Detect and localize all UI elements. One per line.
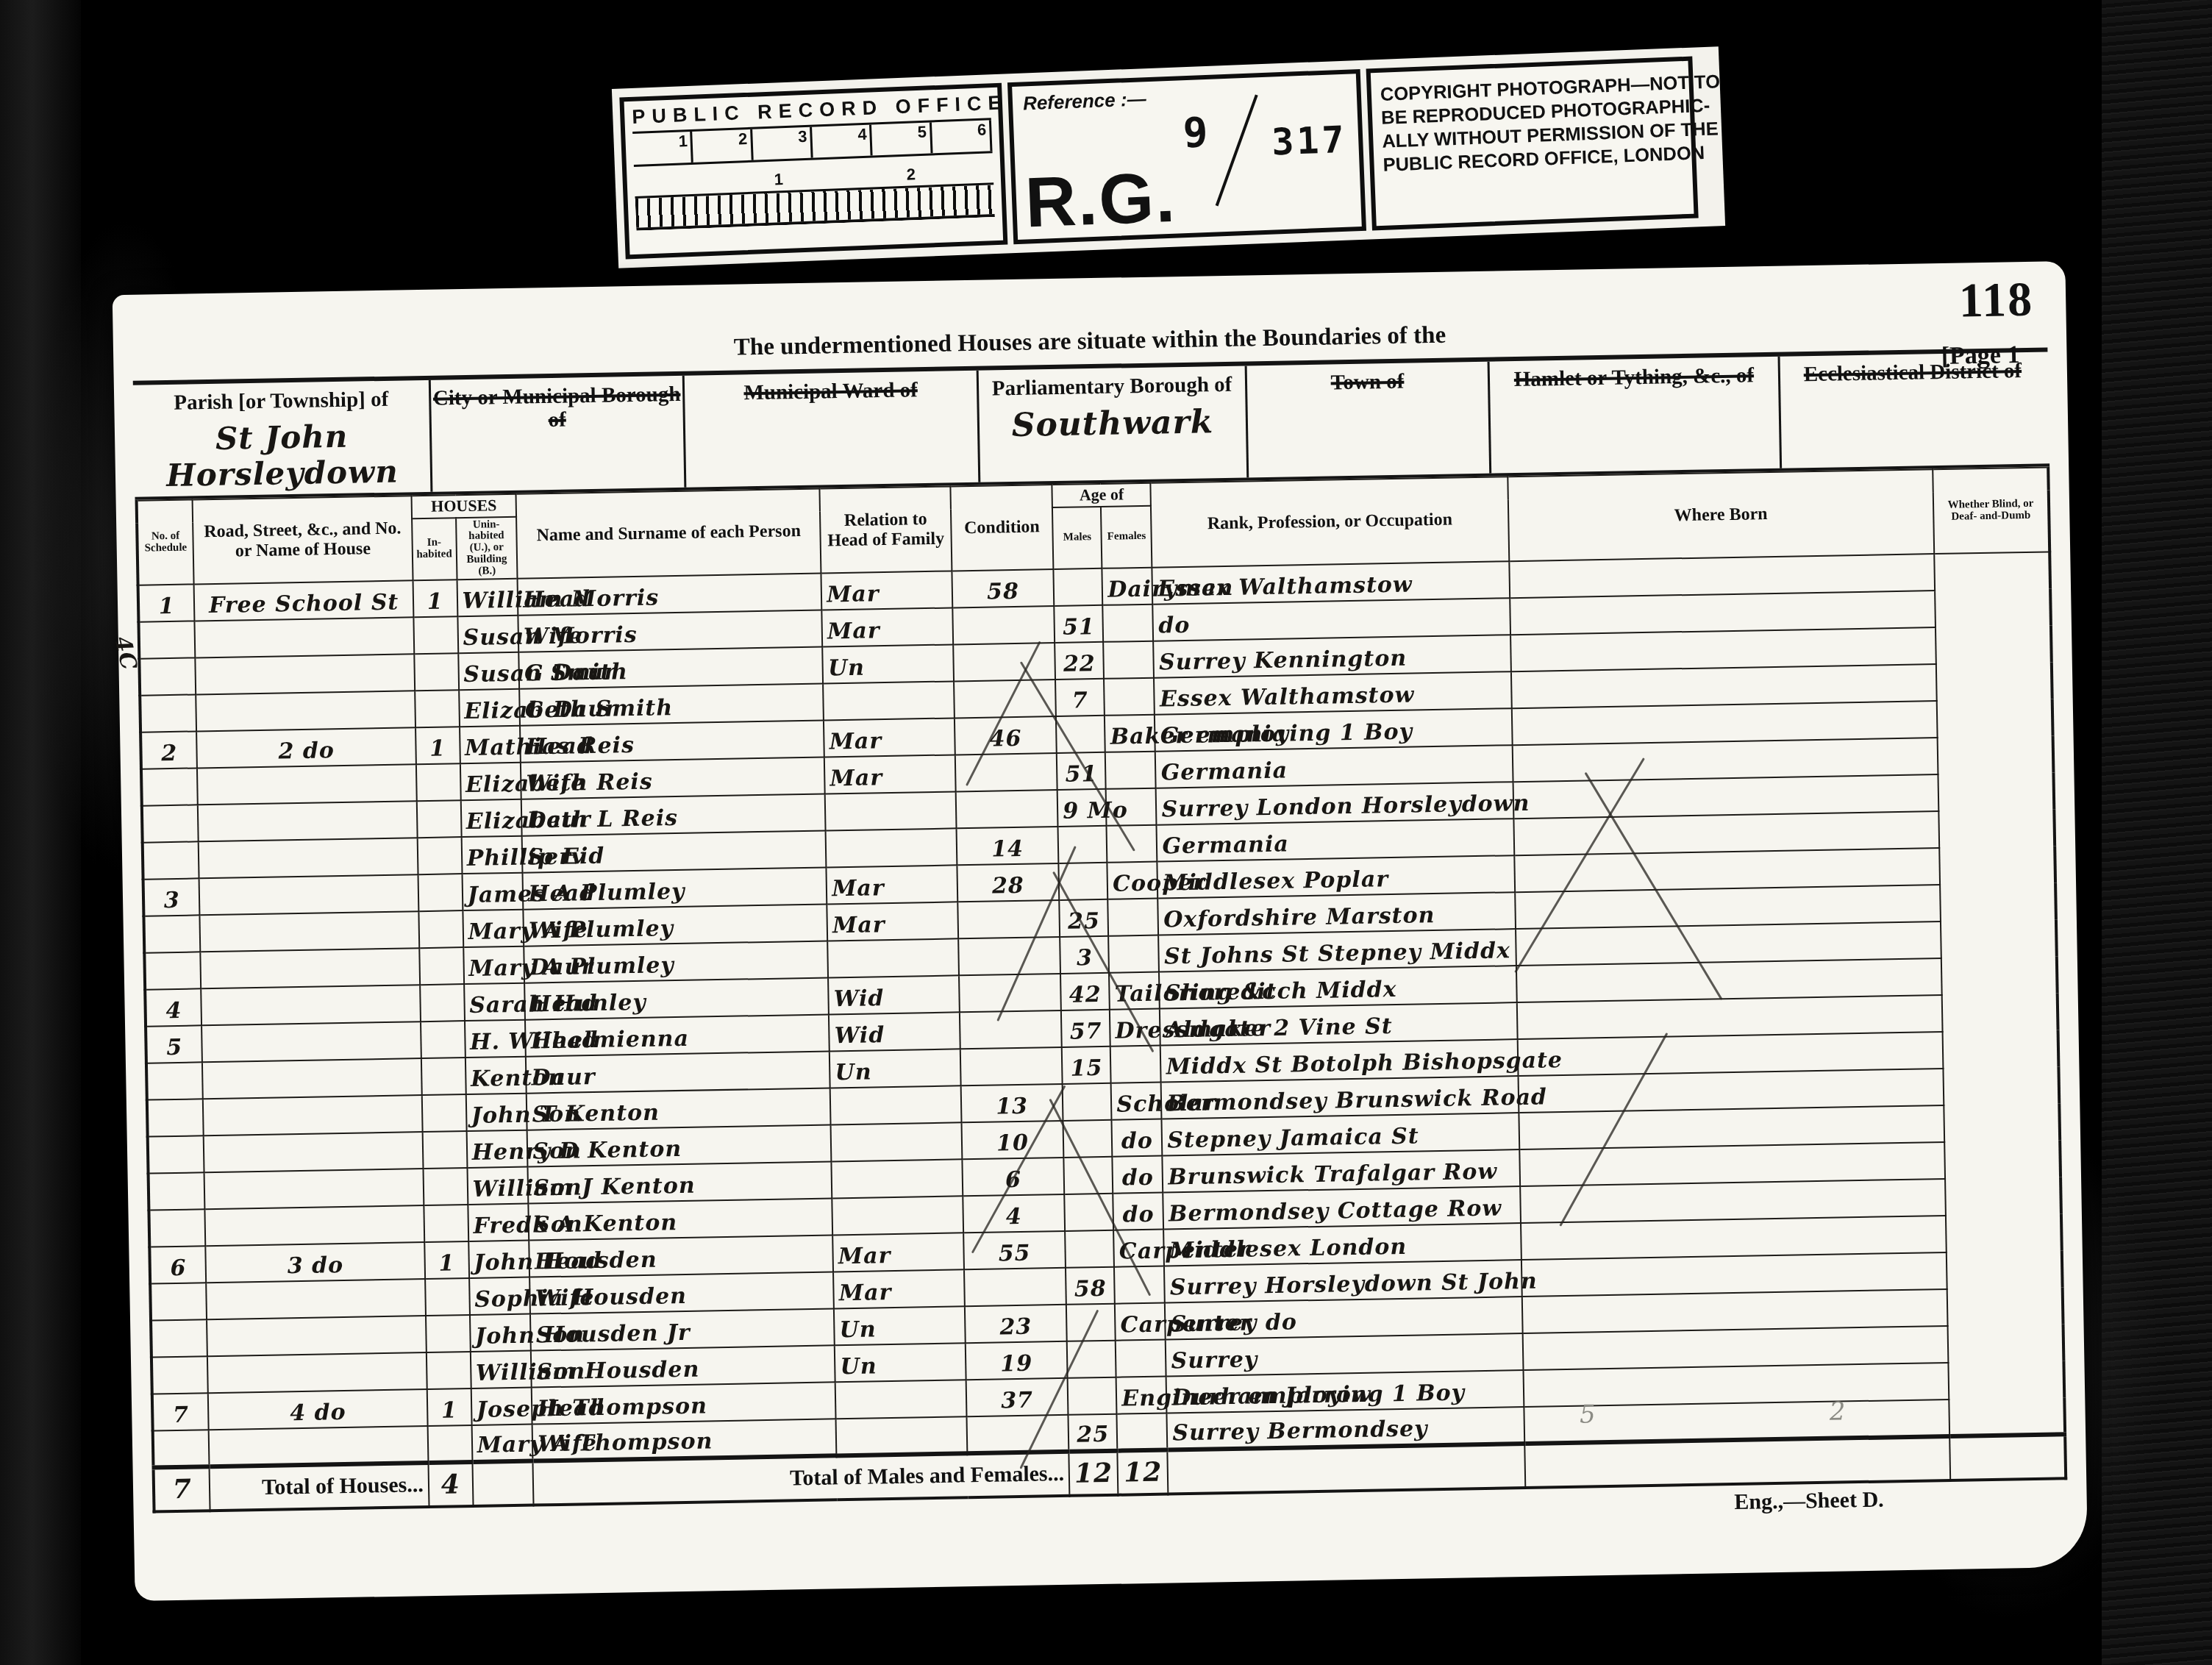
cell-rel: Head [520, 721, 824, 763]
col-header-uninhabited: Unin- habited (U.), or Building (B.) [456, 516, 518, 580]
cell-inh [421, 1021, 465, 1058]
cell-cond: Mar [824, 719, 955, 757]
cell-sched [149, 1173, 205, 1211]
cell-sched [143, 916, 200, 953]
list-item: 4 [812, 124, 873, 157]
cell-street: 4 do [208, 1389, 427, 1430]
cell-street: 2 do [196, 728, 415, 769]
cell-f [1064, 1157, 1113, 1194]
cell-f [1059, 863, 1108, 900]
cell-m: 6 [962, 1158, 1064, 1196]
cell-m: 55 [963, 1231, 1066, 1269]
cell-street [207, 1352, 427, 1393]
cell-sched [138, 621, 195, 659]
cell-f: 3 [1060, 936, 1109, 974]
cell-f: 25 [1059, 899, 1108, 937]
cell-street [200, 912, 419, 952]
females-total-value: 12 [1118, 1450, 1169, 1495]
cell-m: 14 [956, 827, 1058, 865]
cell-f: 9 Mo [1057, 789, 1107, 827]
cell-m: 58 [952, 569, 1054, 607]
cell-inh [420, 984, 465, 1022]
cell-name: Susan Morris [457, 616, 518, 653]
cell-f [1068, 1377, 1117, 1415]
cell-born: do [1153, 599, 1510, 641]
cell-sched [151, 1357, 208, 1394]
cell-sched [149, 1210, 205, 1247]
cell-m [966, 1415, 1068, 1453]
cell-m [960, 1047, 1063, 1085]
cell-cond: Wid [828, 976, 959, 1015]
cell-born: Shoreditch Middx [1159, 966, 1516, 1009]
cell-m [955, 753, 1057, 791]
cell-born: Brunswick Trafalgar Row [1163, 1149, 1520, 1192]
cell-cond [823, 682, 954, 721]
pro-ruler: PUBLIC RECORD OFFICE 123456 12 [619, 83, 1007, 260]
cell-m [953, 643, 1055, 681]
cell-name: Mary A Thompson [471, 1425, 532, 1462]
district-label: Municipal Ward of [685, 378, 977, 407]
cell-street [204, 1169, 424, 1209]
cell-occ [1104, 678, 1155, 716]
cell-occ: Carpenter [1113, 1230, 1164, 1267]
cell-born: Bermondsey Cottage Row [1163, 1186, 1521, 1229]
district-label: Parliamentary Borough of [979, 373, 1246, 401]
cell-street [203, 1096, 422, 1136]
cell-cond [827, 939, 958, 978]
cell-occ: Baker employing 1 Boy [1105, 715, 1155, 752]
district-value: St John Horsleydown [134, 417, 431, 494]
cell-rel: Wife [521, 757, 825, 799]
district-label: Hamlet or Tything, &c., of [1490, 364, 1778, 393]
cell-born: Middx St Botolph Bishopsgate [1160, 1039, 1518, 1082]
cell-inh [417, 801, 462, 838]
copyright-notice: COPYRIGHT PHOTOGRAPH—NOT TOBE REPRODUCED… [1366, 57, 1699, 231]
cell-name: James A Plumley [462, 873, 523, 910]
cell-occ [1114, 1266, 1165, 1304]
cell-inh [419, 947, 464, 985]
enumeration-table: No. of Schedule Road, Street, &c., and N… [135, 466, 2068, 1514]
cell-m [958, 937, 1060, 975]
cell-f: 22 [1055, 642, 1104, 680]
cell-f [1058, 826, 1107, 863]
cell-m: 23 [965, 1305, 1067, 1343]
cell-cond: Un [829, 1049, 960, 1088]
cell-born: Middlesex London [1164, 1223, 1521, 1266]
cell-m [956, 790, 1058, 828]
cell-sched [146, 1063, 203, 1100]
pro-reference-strip: PUBLIC RECORD OFFICE 123456 12 Reference… [612, 46, 1725, 268]
cell-rel: Wife [518, 610, 823, 652]
cell-sched: 3 [143, 879, 200, 916]
col-header-blind: Whether Blind, or Deaf- and-Dumb [1933, 467, 2049, 554]
cell-cond [831, 1123, 962, 1162]
cell-sched: 7 [152, 1394, 209, 1431]
cell-m: 13 [961, 1084, 1063, 1122]
cell-rel: Head [518, 574, 822, 616]
houses-total-label: Total of Houses... [210, 1463, 429, 1511]
cell-f [1067, 1341, 1116, 1378]
cell-born: Essex Walthamstow [1154, 672, 1511, 715]
cell-sched [142, 805, 199, 843]
cell-cond: Un [835, 1344, 966, 1383]
cell-sched [140, 695, 196, 732]
schedule-total: 7 [154, 1467, 210, 1512]
cell-inh [427, 1425, 472, 1463]
scan-background: { "pro_strip": { "office": "PUBLIC RECOR… [0, 0, 2212, 1665]
cell-inh: 1 [413, 580, 457, 618]
cell-f [1054, 568, 1103, 606]
district-parish: Parish [or Township] of St John Horsleyd… [133, 380, 433, 497]
cell-sched [150, 1283, 207, 1321]
cell-occ: Scholar [1111, 1083, 1162, 1120]
cell-rel: Head [524, 978, 829, 1020]
cell-street [201, 1022, 421, 1063]
col-header-males: Males [1052, 507, 1102, 570]
film-edge-left [0, 0, 81, 1665]
cell-m [960, 1010, 1062, 1049]
cell-street [207, 1316, 426, 1356]
cell-f [1056, 716, 1105, 753]
cell-occ: Tailoring &c [1109, 972, 1160, 1010]
cell-inh [422, 1131, 467, 1169]
pro-reference-box: Reference :— R.G. 9 317 [1007, 69, 1366, 244]
col-header-born: Where Born [1508, 469, 1934, 561]
cell-rel: Daur [524, 941, 829, 983]
cell-name: Mathias Reis [460, 726, 521, 763]
col-header-street: Road, Street, &c., and No. or Name of Ho… [193, 496, 413, 585]
cell-occ [1117, 1413, 1168, 1451]
list-item: 1 [632, 132, 693, 165]
cell-m [959, 974, 1061, 1012]
cell-street [199, 838, 418, 879]
page-marker: [Page 1 [1941, 341, 2020, 371]
cell-cond: Un [834, 1307, 965, 1346]
cell-street: Free School St [194, 581, 413, 621]
district-municipal-ward: Municipal Ward of [685, 371, 981, 488]
cell-inh [416, 764, 461, 802]
district-value [685, 407, 977, 413]
cell-name: Henry D Kenton [466, 1130, 527, 1168]
district-value [1490, 393, 1778, 399]
cell-born: Surrey do [1165, 1297, 1522, 1339]
folio-number: 118 [1958, 272, 2034, 329]
district-town: Town of [1247, 362, 1492, 478]
cell-occ [1116, 1340, 1166, 1377]
cell-cond: Mar [821, 571, 952, 610]
cell-f: 42 [1060, 973, 1110, 1010]
col-header-age-group: Age of [1052, 483, 1152, 507]
list-item: 6 [932, 120, 993, 153]
reference-piece-number: 9 [1182, 109, 1209, 157]
cell-inh [418, 911, 463, 949]
cell-cond: Mar [824, 755, 955, 794]
cell-name: Elizabeth Reis [460, 763, 521, 800]
district-value: Southwark [980, 402, 1246, 444]
cell-f: 57 [1061, 1010, 1110, 1047]
cell-cond: Mar [832, 1233, 963, 1272]
cell-born: Oxfordshire Marston [1158, 893, 1516, 935]
list-item: 3 [752, 127, 813, 160]
cell-street [207, 1279, 426, 1319]
cell-sched: 6 [149, 1247, 206, 1284]
cell-inh: 1 [427, 1388, 472, 1426]
cell-name: John T Kenton [465, 1094, 527, 1131]
cell-cond [825, 792, 956, 831]
cell-street [201, 949, 420, 989]
cell-born: Surrey Bermondsey [1167, 1407, 1524, 1450]
cell-occ: do [1112, 1119, 1163, 1157]
cell-cond: Wid [829, 1013, 960, 1052]
col-header-females: Females [1101, 505, 1152, 568]
cell-m: 28 [957, 863, 1059, 902]
cell-inh [424, 1205, 468, 1242]
cell-occ: Engineer employing 1 Boy [1116, 1377, 1167, 1414]
col-header-occupation: Rank, Profession, or Occupation [1151, 477, 1509, 568]
cell-rel: Son [527, 1088, 831, 1130]
cell-m: 46 [955, 716, 1057, 755]
cell-name: William Morris [457, 579, 518, 616]
cell-inh [421, 1058, 466, 1095]
cell-rel: G Daur [519, 647, 824, 689]
district-value [432, 436, 683, 441]
cell-born: Surrey Kennington [1154, 635, 1511, 678]
table-body: 1Free School St1William MorrisHeadMar58D… [138, 552, 2066, 1468]
cell-occ: do [1113, 1156, 1163, 1194]
cell-born: Germania [1157, 819, 1514, 862]
cell-sched [153, 1430, 210, 1468]
district-municipal-borough: City or Municipal Borough of [431, 376, 687, 492]
cell-inh [427, 1352, 471, 1389]
col-header-schedule: No. of Schedule [137, 499, 194, 585]
cell-f [1064, 1194, 1113, 1231]
district-hamlet: Hamlet or Tything, &c., of [1490, 357, 1783, 474]
cell-f: 51 [1057, 752, 1106, 790]
cell-inh: 1 [415, 727, 460, 765]
pencil-mark: 2 [1830, 1397, 1846, 1427]
cell-inh [413, 617, 458, 655]
cell-name: Kenton [465, 1057, 527, 1094]
list-item: 2 [693, 129, 754, 163]
empty-cell [472, 1461, 534, 1506]
col-header-inhabited: In- habited [412, 518, 457, 581]
cell-sched: 5 [146, 1026, 202, 1063]
cell-occ: Carpenter [1115, 1303, 1166, 1341]
list-item: 1 [774, 170, 783, 189]
cell-born: Germania [1155, 746, 1513, 788]
cell-street [196, 655, 415, 695]
cell-name: John Housden Jr [470, 1314, 531, 1352]
district-parliamentary-borough: Parliamentary Borough of Southwark [979, 366, 1249, 482]
cell-sched [143, 842, 199, 880]
cell-rel: Wife [524, 905, 828, 946]
reference-series: R.G. [1024, 165, 1178, 235]
cell-name: Sarah Hunley [464, 983, 525, 1021]
cell-m: 19 [966, 1341, 1068, 1380]
cell-sched [139, 658, 196, 696]
cell-occ [1103, 605, 1154, 642]
cell-sched [147, 1099, 204, 1137]
cell-f: 51 [1055, 605, 1104, 643]
cell-f: 15 [1062, 1047, 1111, 1084]
cell-inh [423, 1168, 468, 1205]
cell-occ: Dressmaker [1110, 1009, 1160, 1047]
col-header-name: Name and Surname of each Person [516, 489, 821, 580]
district-label: City or Municipal Borough of [431, 383, 683, 435]
cell-name: Susan Smith [458, 652, 519, 690]
cell-occ [1108, 899, 1159, 936]
cell-street [202, 1059, 421, 1099]
cell-cond: Mar [833, 1270, 964, 1309]
cell-inh [422, 1094, 467, 1132]
cell-sched [151, 1320, 207, 1358]
cell-sched: 1 [138, 585, 195, 622]
cell-cond [832, 1160, 963, 1199]
cell-name: William J Kenton [467, 1167, 528, 1205]
cell-street [195, 618, 414, 658]
empty-cell [1168, 1444, 1525, 1494]
cell-inh [414, 654, 459, 691]
males-females-total-label: Total of Males and Females... [533, 1452, 1070, 1505]
cell-occ [1105, 752, 1156, 789]
list-item: 2 [906, 165, 916, 184]
cell-name: Joseph Thompson [471, 1388, 532, 1425]
cell-born: St Johns St Stepney Middx [1159, 930, 1516, 972]
district-label: Parish [or Township] of [133, 388, 429, 416]
cell-sched: 2 [140, 732, 197, 769]
cell-sched [148, 1136, 204, 1174]
cell-m: 4 [963, 1194, 1065, 1233]
district-value [1247, 399, 1488, 403]
cell-f [1066, 1304, 1116, 1341]
cell-rel: Son [529, 1199, 833, 1241]
cell-inh [418, 874, 463, 912]
cell-f [1063, 1083, 1112, 1121]
cell-street [199, 875, 418, 916]
houses-total-value: 4 [428, 1462, 473, 1507]
cell-born: Middlesex Poplar [1157, 856, 1515, 899]
cell-street [209, 1426, 428, 1466]
cell-f [1063, 1120, 1113, 1158]
cell-street [201, 985, 421, 1026]
cell-occ [1108, 935, 1159, 973]
cell-occ: Cooper [1107, 862, 1158, 899]
cell-street [197, 765, 416, 805]
census-sheet: 118 [Page 1 The undermentioned Houses ar… [113, 261, 2088, 1601]
printer-imprint: Eng.,—Sheet D. [1734, 1488, 1884, 1516]
cell-name: Phillip Eid [461, 836, 522, 874]
cell-f: 25 [1068, 1414, 1118, 1452]
district-value [1780, 388, 2045, 393]
cell-name: Sophia Housden [469, 1277, 530, 1315]
district-label: Town of [1247, 369, 1488, 397]
cell-name: Fredk A Kenton [468, 1204, 529, 1241]
cell-inh [426, 1315, 471, 1352]
cell-cond [832, 1197, 963, 1236]
cell-f [1065, 1230, 1114, 1268]
cell-rel: Daur [526, 1052, 830, 1094]
cell-f: 58 [1066, 1267, 1115, 1305]
cell-cond [826, 829, 957, 868]
cell-name: Mary A Plumley [463, 910, 524, 947]
cell-street [196, 691, 415, 732]
cell-f: 7 [1055, 679, 1105, 716]
cell-m [964, 1268, 1066, 1306]
cell-cond: Mar [822, 608, 953, 647]
cell-born: Durham Jarrow [1166, 1370, 1524, 1413]
cell-street [205, 1205, 424, 1246]
cell-street: 3 do [206, 1242, 425, 1283]
cell-inh [425, 1278, 470, 1316]
cell-inh [415, 691, 460, 728]
cell-cond [830, 1086, 961, 1125]
cell-name: Elizabeth L Reis [460, 799, 521, 837]
cell-m: 37 [966, 1378, 1068, 1416]
cell-street [204, 1133, 423, 1173]
cell-cond: Un [822, 645, 953, 684]
cell-cond [836, 1417, 967, 1456]
cell-born: Surrey London Horsleydown [1156, 782, 1513, 825]
reference-item-number: 317 [1271, 118, 1347, 164]
cell-m: 10 [961, 1121, 1063, 1159]
empty-cell [1524, 1436, 1950, 1488]
col-header-condition: Condition [950, 485, 1053, 571]
cell-cond [835, 1380, 966, 1419]
pencil-mark: 5 [1580, 1400, 1596, 1430]
cell-sched: 4 [145, 989, 201, 1027]
cell-born: Aldgate 2 Vine St [1160, 1003, 1517, 1046]
cell-occ [1110, 1046, 1161, 1083]
cell-name: H. Wilhelmienna [465, 1020, 526, 1058]
cell-occ: do [1113, 1193, 1164, 1230]
cell-m [957, 900, 1060, 938]
empty-cell [1949, 1435, 2066, 1481]
col-header-relation: Relation to Head of Family [820, 486, 952, 573]
cell-occ [1103, 641, 1154, 679]
cell-m [952, 606, 1055, 644]
cell-sched [141, 769, 198, 806]
list-item: 5 [871, 122, 932, 155]
cell-occ [1107, 825, 1157, 863]
cell-inh [417, 838, 462, 875]
cell-cond: Mar [827, 902, 958, 941]
cell-name: John Housden [468, 1241, 529, 1278]
cell-name: William Housden [471, 1351, 532, 1388]
cell-rel: Head [529, 1236, 833, 1277]
males-total-value: 12 [1069, 1451, 1119, 1496]
reference-slash [1216, 94, 1258, 206]
col-header-houses-group: HOUSES [411, 494, 516, 518]
cell-name: Mary A Plumley [463, 946, 524, 984]
cell-born: Surrey Horsleydown St John [1164, 1260, 1521, 1302]
cell-m [954, 680, 1056, 718]
cell-street [198, 802, 417, 842]
cell-sched [144, 952, 201, 990]
cell-inh: 1 [424, 1241, 469, 1279]
cell-born: Stepney Jamaica St [1162, 1113, 1519, 1155]
cell-born: Surrey [1166, 1333, 1523, 1376]
cell-name: Elizabeth Smith [459, 689, 520, 727]
cell-rel: Serv [522, 831, 827, 873]
cell-cond: Mar [827, 866, 957, 905]
cell-born: Bermondsey Brunswick Road [1161, 1076, 1519, 1119]
cell-occ: Dairyman [1102, 568, 1153, 605]
cell-born: Essex Walthamstow [1152, 562, 1510, 605]
